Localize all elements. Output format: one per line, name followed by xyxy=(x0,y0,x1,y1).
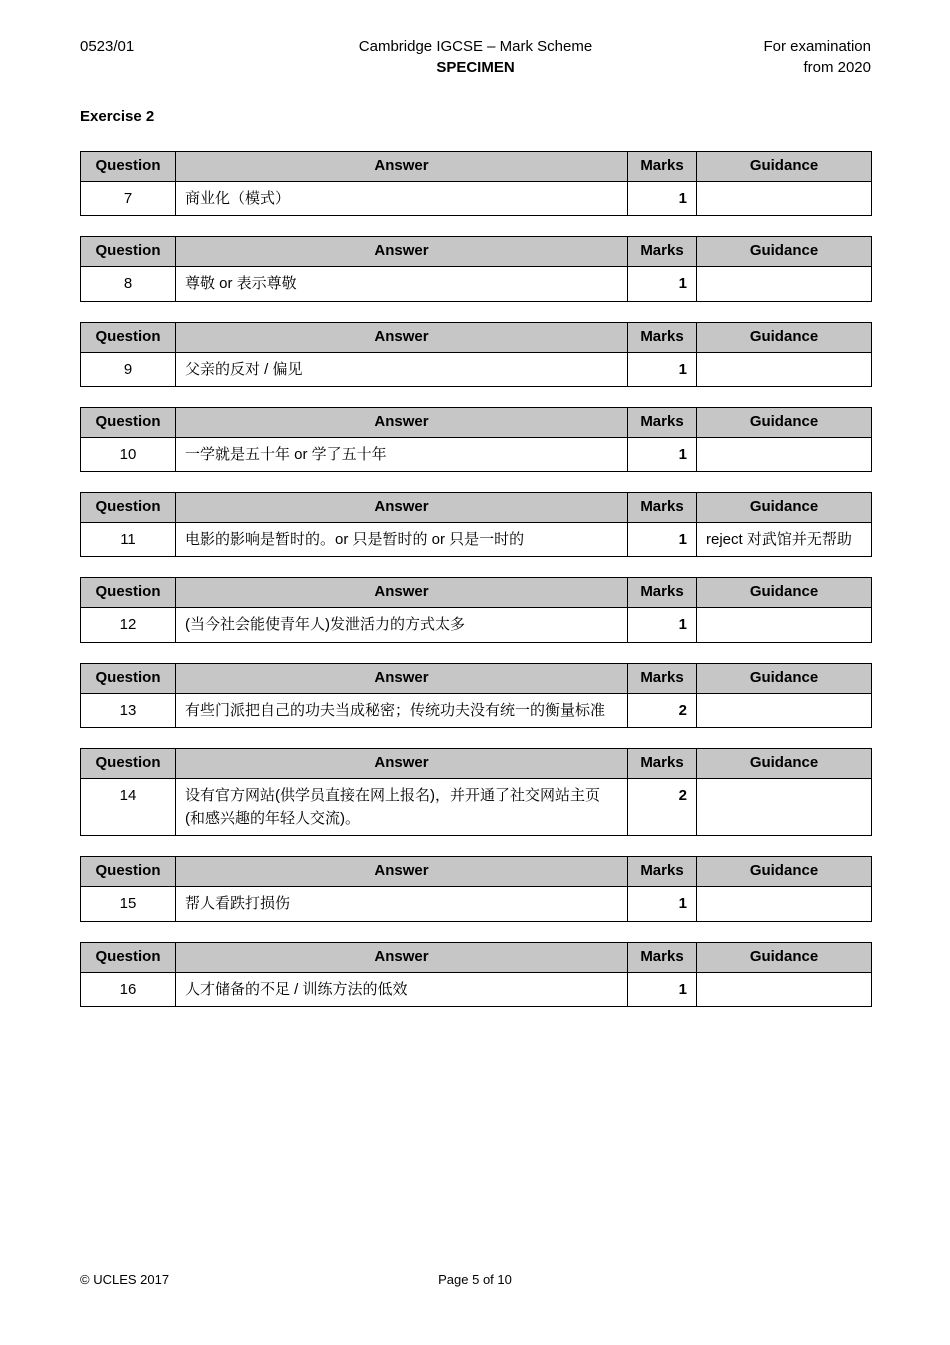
table-header-row: Question Answer Marks Guidance xyxy=(81,748,872,778)
answer-text: 帮人看跌打损伤 xyxy=(176,887,628,921)
question-number: 14 xyxy=(81,778,176,836)
column-header-guidance: Guidance xyxy=(697,748,872,778)
guidance-text xyxy=(697,267,872,301)
table-header-row: Question Answer Marks Guidance xyxy=(81,152,872,182)
column-header-answer: Answer xyxy=(176,857,628,887)
column-header-marks: Marks xyxy=(628,748,697,778)
guidance-text xyxy=(697,887,872,921)
marks-value: 1 xyxy=(628,182,697,216)
answer-text: 一学就是五十年 or 学了五十年 xyxy=(176,437,628,471)
mark-scheme-table-q9: Question Answer Marks Guidance 9 父亲的反对 /… xyxy=(80,322,872,387)
mark-scheme-table-q11: Question Answer Marks Guidance 11 电影的影响是… xyxy=(80,492,872,557)
answer-text: 有些门派把自己的功夫当成秘密；传统功夫没有统一的衡量标准 xyxy=(176,693,628,727)
column-header-guidance: Guidance xyxy=(697,942,872,972)
table-header-row: Question Answer Marks Guidance xyxy=(81,857,872,887)
column-header-question: Question xyxy=(81,942,176,972)
table-row: 12 (当今社会能使青年人)发泄活力的方式太多 1 xyxy=(81,608,872,642)
answer-text: (当今社会能使青年人)发泄活力的方式太多 xyxy=(176,608,628,642)
document-footer: © UCLES 2017 Page 5 of 10 xyxy=(0,1272,950,1287)
column-header-marks: Marks xyxy=(628,407,697,437)
table-row: 9 父亲的反对 / 偏见 1 xyxy=(81,352,872,386)
column-header-answer: Answer xyxy=(176,237,628,267)
answer-text: 设有官方网站(供学员直接在网上报名)，并开通了社交网站主页(和感兴趣的年轻人交流… xyxy=(176,778,628,836)
column-header-answer: Answer xyxy=(176,663,628,693)
question-number: 12 xyxy=(81,608,176,642)
question-number: 16 xyxy=(81,972,176,1006)
column-header-marks: Marks xyxy=(628,663,697,693)
column-header-marks: Marks xyxy=(628,322,697,352)
document-page: 0523/01 Cambridge IGCSE – Mark Scheme SP… xyxy=(0,0,950,1345)
guidance-text xyxy=(697,182,872,216)
column-header-answer: Answer xyxy=(176,322,628,352)
mark-scheme-tables: Question Answer Marks Guidance 7 商业化（模式）… xyxy=(80,151,950,1007)
document-title-line2: SPECIMEN xyxy=(260,57,691,78)
guidance-text: reject 对武馆并无帮助 xyxy=(697,523,872,557)
column-header-question: Question xyxy=(81,857,176,887)
guidance-text xyxy=(697,972,872,1006)
column-header-marks: Marks xyxy=(628,152,697,182)
mark-scheme-table-q7: Question Answer Marks Guidance 7 商业化（模式）… xyxy=(80,151,872,216)
marks-value: 1 xyxy=(628,887,697,921)
table-row: 8 尊敬 or 表示尊敬 1 xyxy=(81,267,872,301)
mark-scheme-table-q16: Question Answer Marks Guidance 16 人才储备的不… xyxy=(80,942,872,1007)
marks-value: 1 xyxy=(628,352,697,386)
column-header-question: Question xyxy=(81,578,176,608)
column-header-question: Question xyxy=(81,663,176,693)
column-header-answer: Answer xyxy=(176,493,628,523)
column-header-guidance: Guidance xyxy=(697,322,872,352)
column-header-question: Question xyxy=(81,322,176,352)
table-row: 13 有些门派把自己的功夫当成秘密；传统功夫没有统一的衡量标准 2 xyxy=(81,693,872,727)
column-header-guidance: Guidance xyxy=(697,152,872,182)
guidance-text xyxy=(697,352,872,386)
table-row: 10 一学就是五十年 or 学了五十年 1 xyxy=(81,437,872,471)
paper-code: 0523/01 xyxy=(80,36,260,57)
column-header-guidance: Guidance xyxy=(697,663,872,693)
marks-value: 1 xyxy=(628,437,697,471)
answer-text: 电影的影响是暂时的。or 只是暂时的 or 只是一时的 xyxy=(176,523,628,557)
examination-note-line2: from 2020 xyxy=(691,57,871,78)
answer-text: 人才储备的不足 / 训练方法的低效 xyxy=(176,972,628,1006)
table-header-row: Question Answer Marks Guidance xyxy=(81,237,872,267)
column-header-guidance: Guidance xyxy=(697,407,872,437)
column-header-question: Question xyxy=(81,493,176,523)
table-row: 15 帮人看跌打损伤 1 xyxy=(81,887,872,921)
document-title-line1: Cambridge IGCSE – Mark Scheme xyxy=(260,36,691,57)
table-header-row: Question Answer Marks Guidance xyxy=(81,578,872,608)
column-header-answer: Answer xyxy=(176,578,628,608)
column-header-question: Question xyxy=(81,407,176,437)
question-number: 13 xyxy=(81,693,176,727)
section-title: Exercise 2 xyxy=(80,108,950,125)
marks-value: 1 xyxy=(628,608,697,642)
copyright-notice: © UCLES 2017 xyxy=(80,1272,169,1287)
mark-scheme-table-q15: Question Answer Marks Guidance 15 帮人看跌打损… xyxy=(80,856,872,921)
answer-text: 尊敬 or 表示尊敬 xyxy=(176,267,628,301)
column-header-answer: Answer xyxy=(176,942,628,972)
question-number: 7 xyxy=(81,182,176,216)
marks-value: 1 xyxy=(628,267,697,301)
mark-scheme-table-q14: Question Answer Marks Guidance 14 设有官方网站… xyxy=(80,748,872,837)
marks-value: 1 xyxy=(628,972,697,1006)
table-row: 7 商业化（模式） 1 xyxy=(81,182,872,216)
document-header: 0523/01 Cambridge IGCSE – Mark Scheme SP… xyxy=(0,0,950,78)
mark-scheme-table-q8: Question Answer Marks Guidance 8 尊敬 or 表… xyxy=(80,236,872,301)
table-header-row: Question Answer Marks Guidance xyxy=(81,663,872,693)
table-header-row: Question Answer Marks Guidance xyxy=(81,942,872,972)
column-header-marks: Marks xyxy=(628,237,697,267)
column-header-marks: Marks xyxy=(628,578,697,608)
guidance-text xyxy=(697,437,872,471)
table-row: 14 设有官方网站(供学员直接在网上报名)，并开通了社交网站主页(和感兴趣的年轻… xyxy=(81,778,872,836)
marks-value: 2 xyxy=(628,778,697,836)
column-header-marks: Marks xyxy=(628,857,697,887)
question-number: 11 xyxy=(81,523,176,557)
answer-text: 父亲的反对 / 偏见 xyxy=(176,352,628,386)
question-number: 10 xyxy=(81,437,176,471)
mark-scheme-table-q12: Question Answer Marks Guidance 12 (当今社会能… xyxy=(80,577,872,642)
document-title: Cambridge IGCSE – Mark Scheme SPECIMEN xyxy=(260,36,691,78)
table-header-row: Question Answer Marks Guidance xyxy=(81,493,872,523)
column-header-answer: Answer xyxy=(176,152,628,182)
column-header-question: Question xyxy=(81,237,176,267)
table-header-row: Question Answer Marks Guidance xyxy=(81,407,872,437)
answer-text: 商业化（模式） xyxy=(176,182,628,216)
mark-scheme-table-q13: Question Answer Marks Guidance 13 有些门派把自… xyxy=(80,663,872,728)
table-header-row: Question Answer Marks Guidance xyxy=(81,322,872,352)
question-number: 9 xyxy=(81,352,176,386)
column-header-answer: Answer xyxy=(176,748,628,778)
column-header-question: Question xyxy=(81,152,176,182)
guidance-text xyxy=(697,693,872,727)
guidance-text xyxy=(697,778,872,836)
column-header-marks: Marks xyxy=(628,942,697,972)
examination-note-line1: For examination xyxy=(691,36,871,57)
column-header-guidance: Guidance xyxy=(697,578,872,608)
question-number: 15 xyxy=(81,887,176,921)
column-header-question: Question xyxy=(81,748,176,778)
column-header-answer: Answer xyxy=(176,407,628,437)
question-number: 8 xyxy=(81,267,176,301)
examination-note: For examination from 2020 xyxy=(691,36,871,78)
guidance-text xyxy=(697,608,872,642)
column-header-guidance: Guidance xyxy=(697,857,872,887)
table-row: 16 人才储备的不足 / 训练方法的低效 1 xyxy=(81,972,872,1006)
column-header-marks: Marks xyxy=(628,493,697,523)
mark-scheme-table-q10: Question Answer Marks Guidance 10 一学就是五十… xyxy=(80,407,872,472)
column-header-guidance: Guidance xyxy=(697,493,872,523)
table-row: 11 电影的影响是暂时的。or 只是暂时的 or 只是一时的 1 reject … xyxy=(81,523,872,557)
marks-value: 1 xyxy=(628,523,697,557)
column-header-guidance: Guidance xyxy=(697,237,872,267)
marks-value: 2 xyxy=(628,693,697,727)
